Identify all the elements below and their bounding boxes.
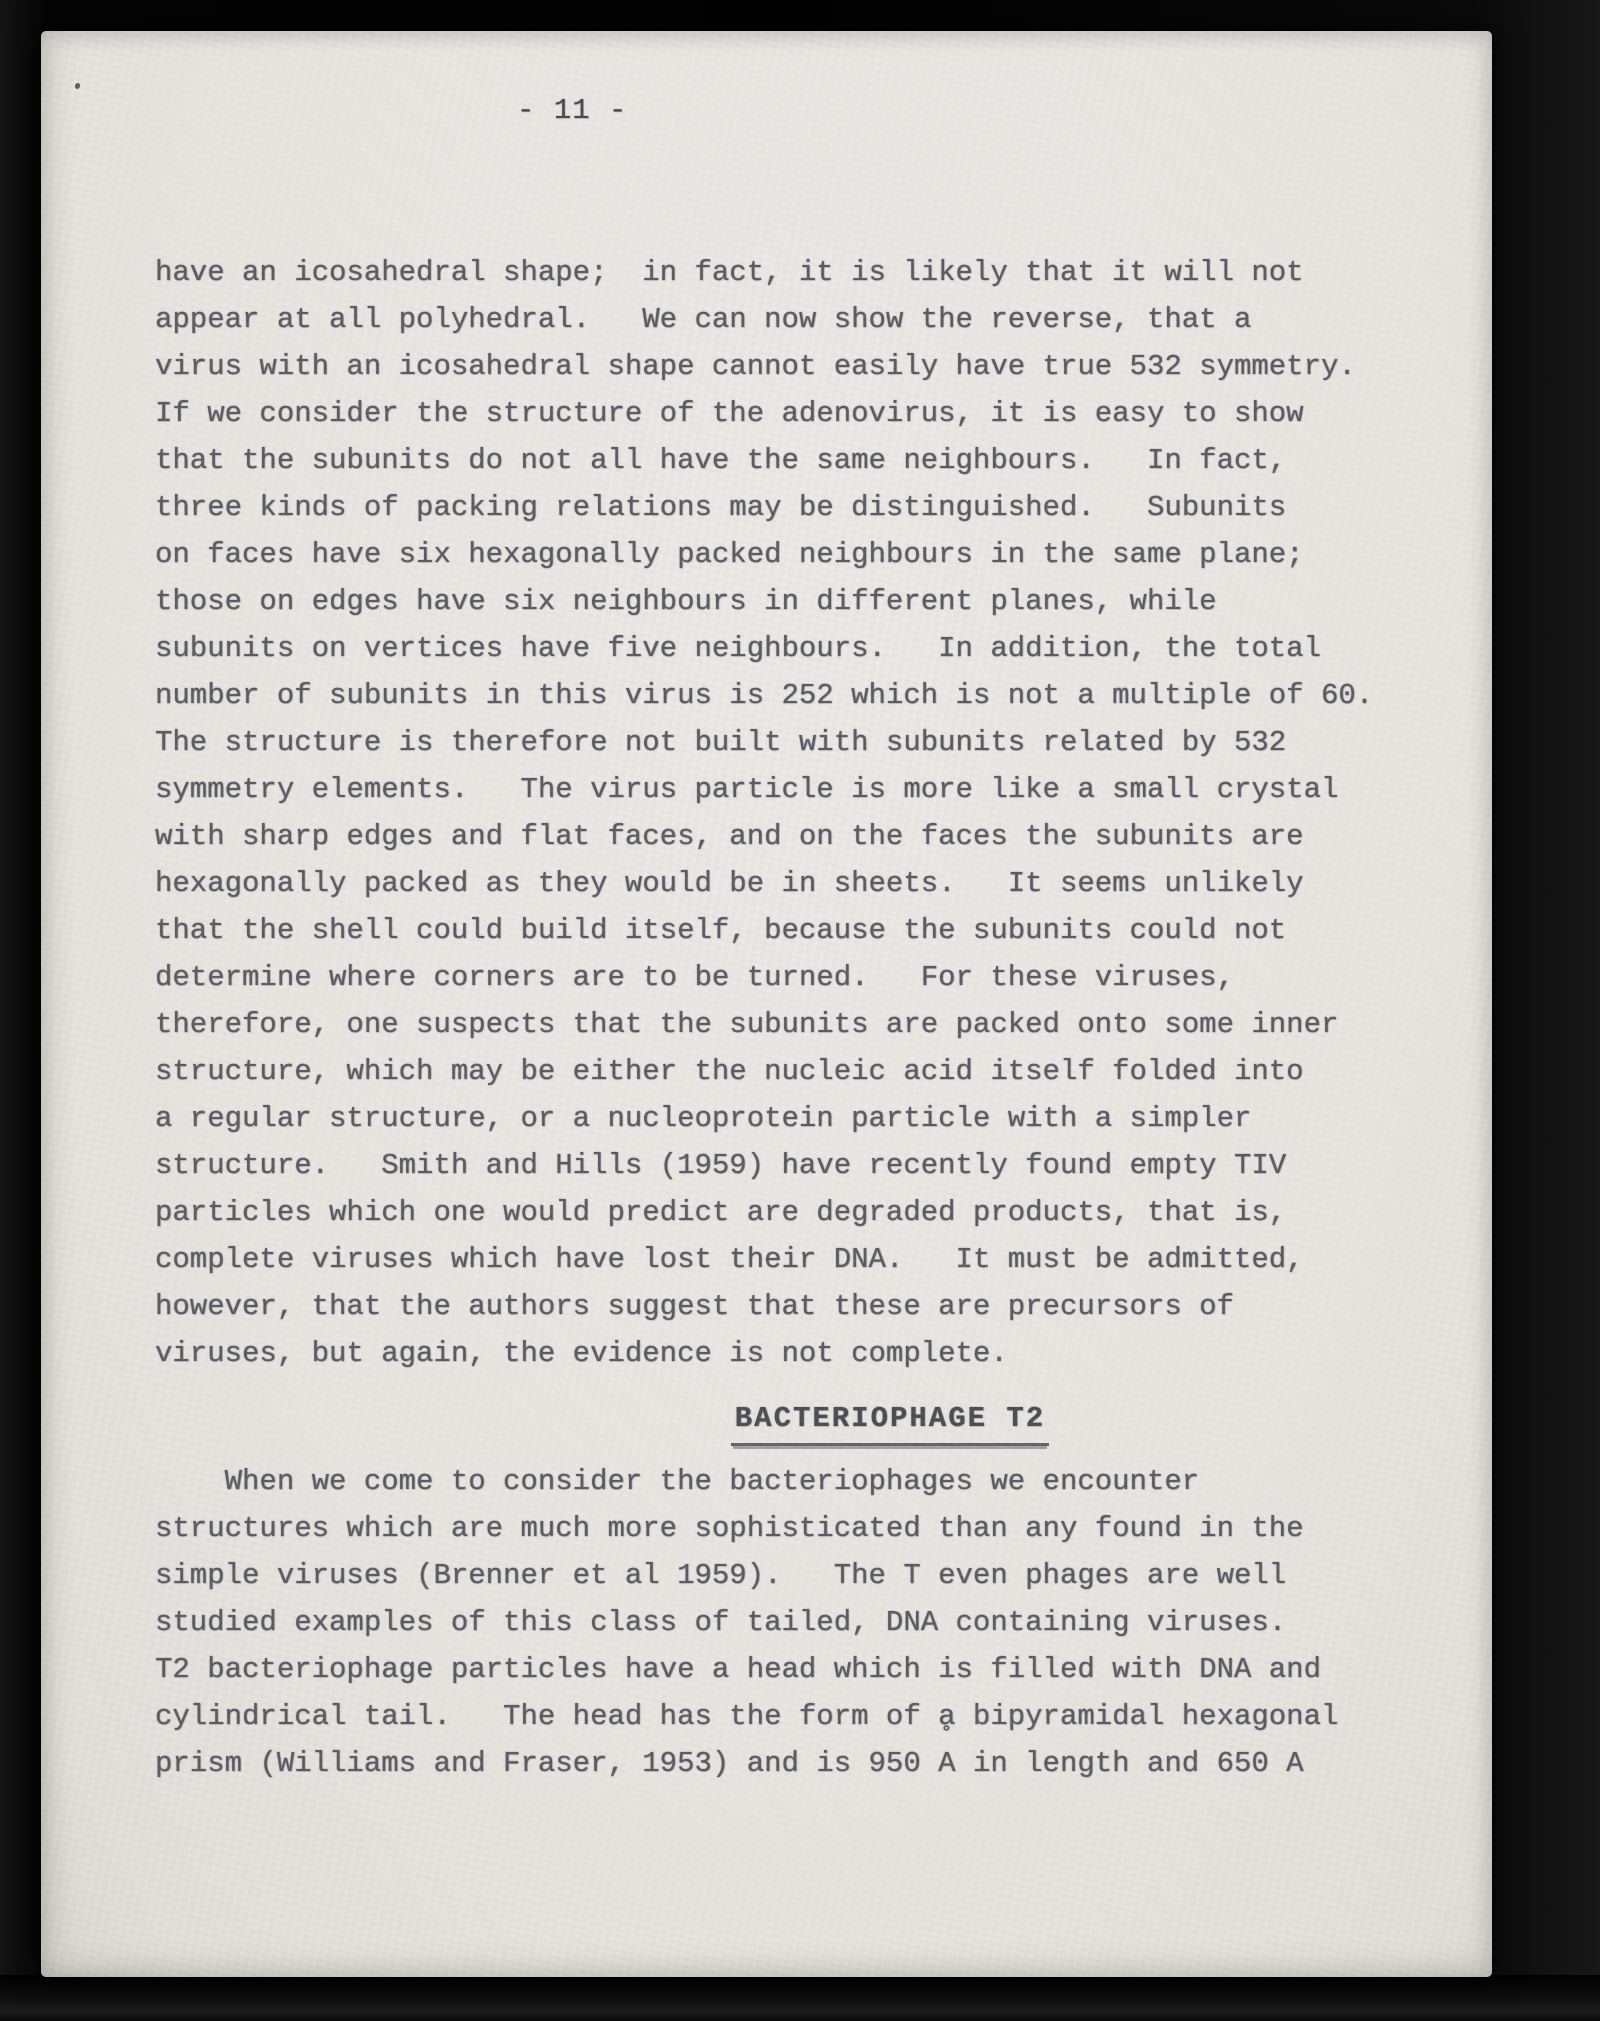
- text-line: symmetry elements. The virus particle is…: [155, 766, 1445, 813]
- text-line: structure, which may be either the nucle…: [155, 1048, 1445, 1095]
- paper-speck: [75, 83, 80, 89]
- text-line: If we consider the structure of the aden…: [155, 390, 1445, 437]
- text-line: cylindrical tail. The head has the form …: [155, 1693, 1445, 1740]
- text-line: on faces have six hexagonally packed nei…: [155, 531, 1445, 578]
- text-line: three kinds of packing relations may be …: [155, 484, 1445, 531]
- text-line: virus with an icosahedral shape cannot e…: [155, 343, 1445, 390]
- text-line: particles which one would predict are de…: [155, 1189, 1445, 1236]
- text-line: therefore, one suspects that the subunit…: [155, 1001, 1445, 1048]
- text-line: that the shell could build itself, becau…: [155, 907, 1445, 954]
- text-line: hexagonally packed as they would be in s…: [155, 860, 1445, 907]
- text-line: with sharp edges and flat faces, and on …: [155, 813, 1445, 860]
- text-line: viruses, but again, the evidence is not …: [155, 1330, 1445, 1377]
- text-line: determine where corners are to be turned…: [155, 954, 1445, 1001]
- text-line: simple viruses (Brenner et al 1959). The…: [155, 1552, 1445, 1599]
- text-line: structures which are much more sophistic…: [155, 1505, 1445, 1552]
- text-line: complete viruses which have lost their D…: [155, 1236, 1445, 1283]
- section-heading: BACTERIOPHAGE T2: [731, 1395, 1049, 1446]
- body-paragraph-2: When we come to consider the bacteriopha…: [155, 1458, 1445, 1787]
- body-paragraph-1: have an icosahedral shape; in fact, it i…: [155, 249, 1445, 1377]
- text-line: those on edges have six neighbours in di…: [155, 578, 1445, 625]
- page-number: - 11 -: [517, 87, 1445, 134]
- text-line: have an icosahedral shape; in fact, it i…: [155, 249, 1445, 296]
- text-line: studied examples of this class of tailed…: [155, 1599, 1445, 1646]
- text-line: The structure is therefore not built wit…: [155, 719, 1445, 766]
- text-line: a regular structure, or a nucleoprotein …: [155, 1095, 1445, 1142]
- text-line: appear at all polyhedral. We can now sho…: [155, 296, 1445, 343]
- text-line: When we come to consider the bacteriopha…: [155, 1458, 1445, 1505]
- text-line: subunits on vertices have five neighbour…: [155, 625, 1445, 672]
- text-line: however, that the authors suggest that t…: [155, 1283, 1445, 1330]
- typewritten-text-block: - 11 - have an icosahedral shape; in fac…: [155, 87, 1445, 1787]
- text-line: prism (Williams and Fraser, 1953) and is…: [155, 1740, 1445, 1787]
- text-line: T2 bacteriophage particles have a head w…: [155, 1646, 1445, 1693]
- section-heading-row: BACTERIOPHAGE T2: [335, 1395, 1445, 1442]
- text-line: that the subunits do not all have the sa…: [155, 437, 1445, 484]
- text-line: number of subunits in this virus is 252 …: [155, 672, 1445, 719]
- document-page: - 11 - have an icosahedral shape; in fac…: [41, 31, 1492, 1977]
- text-line: structure. Smith and Hills (1959) have r…: [155, 1142, 1445, 1189]
